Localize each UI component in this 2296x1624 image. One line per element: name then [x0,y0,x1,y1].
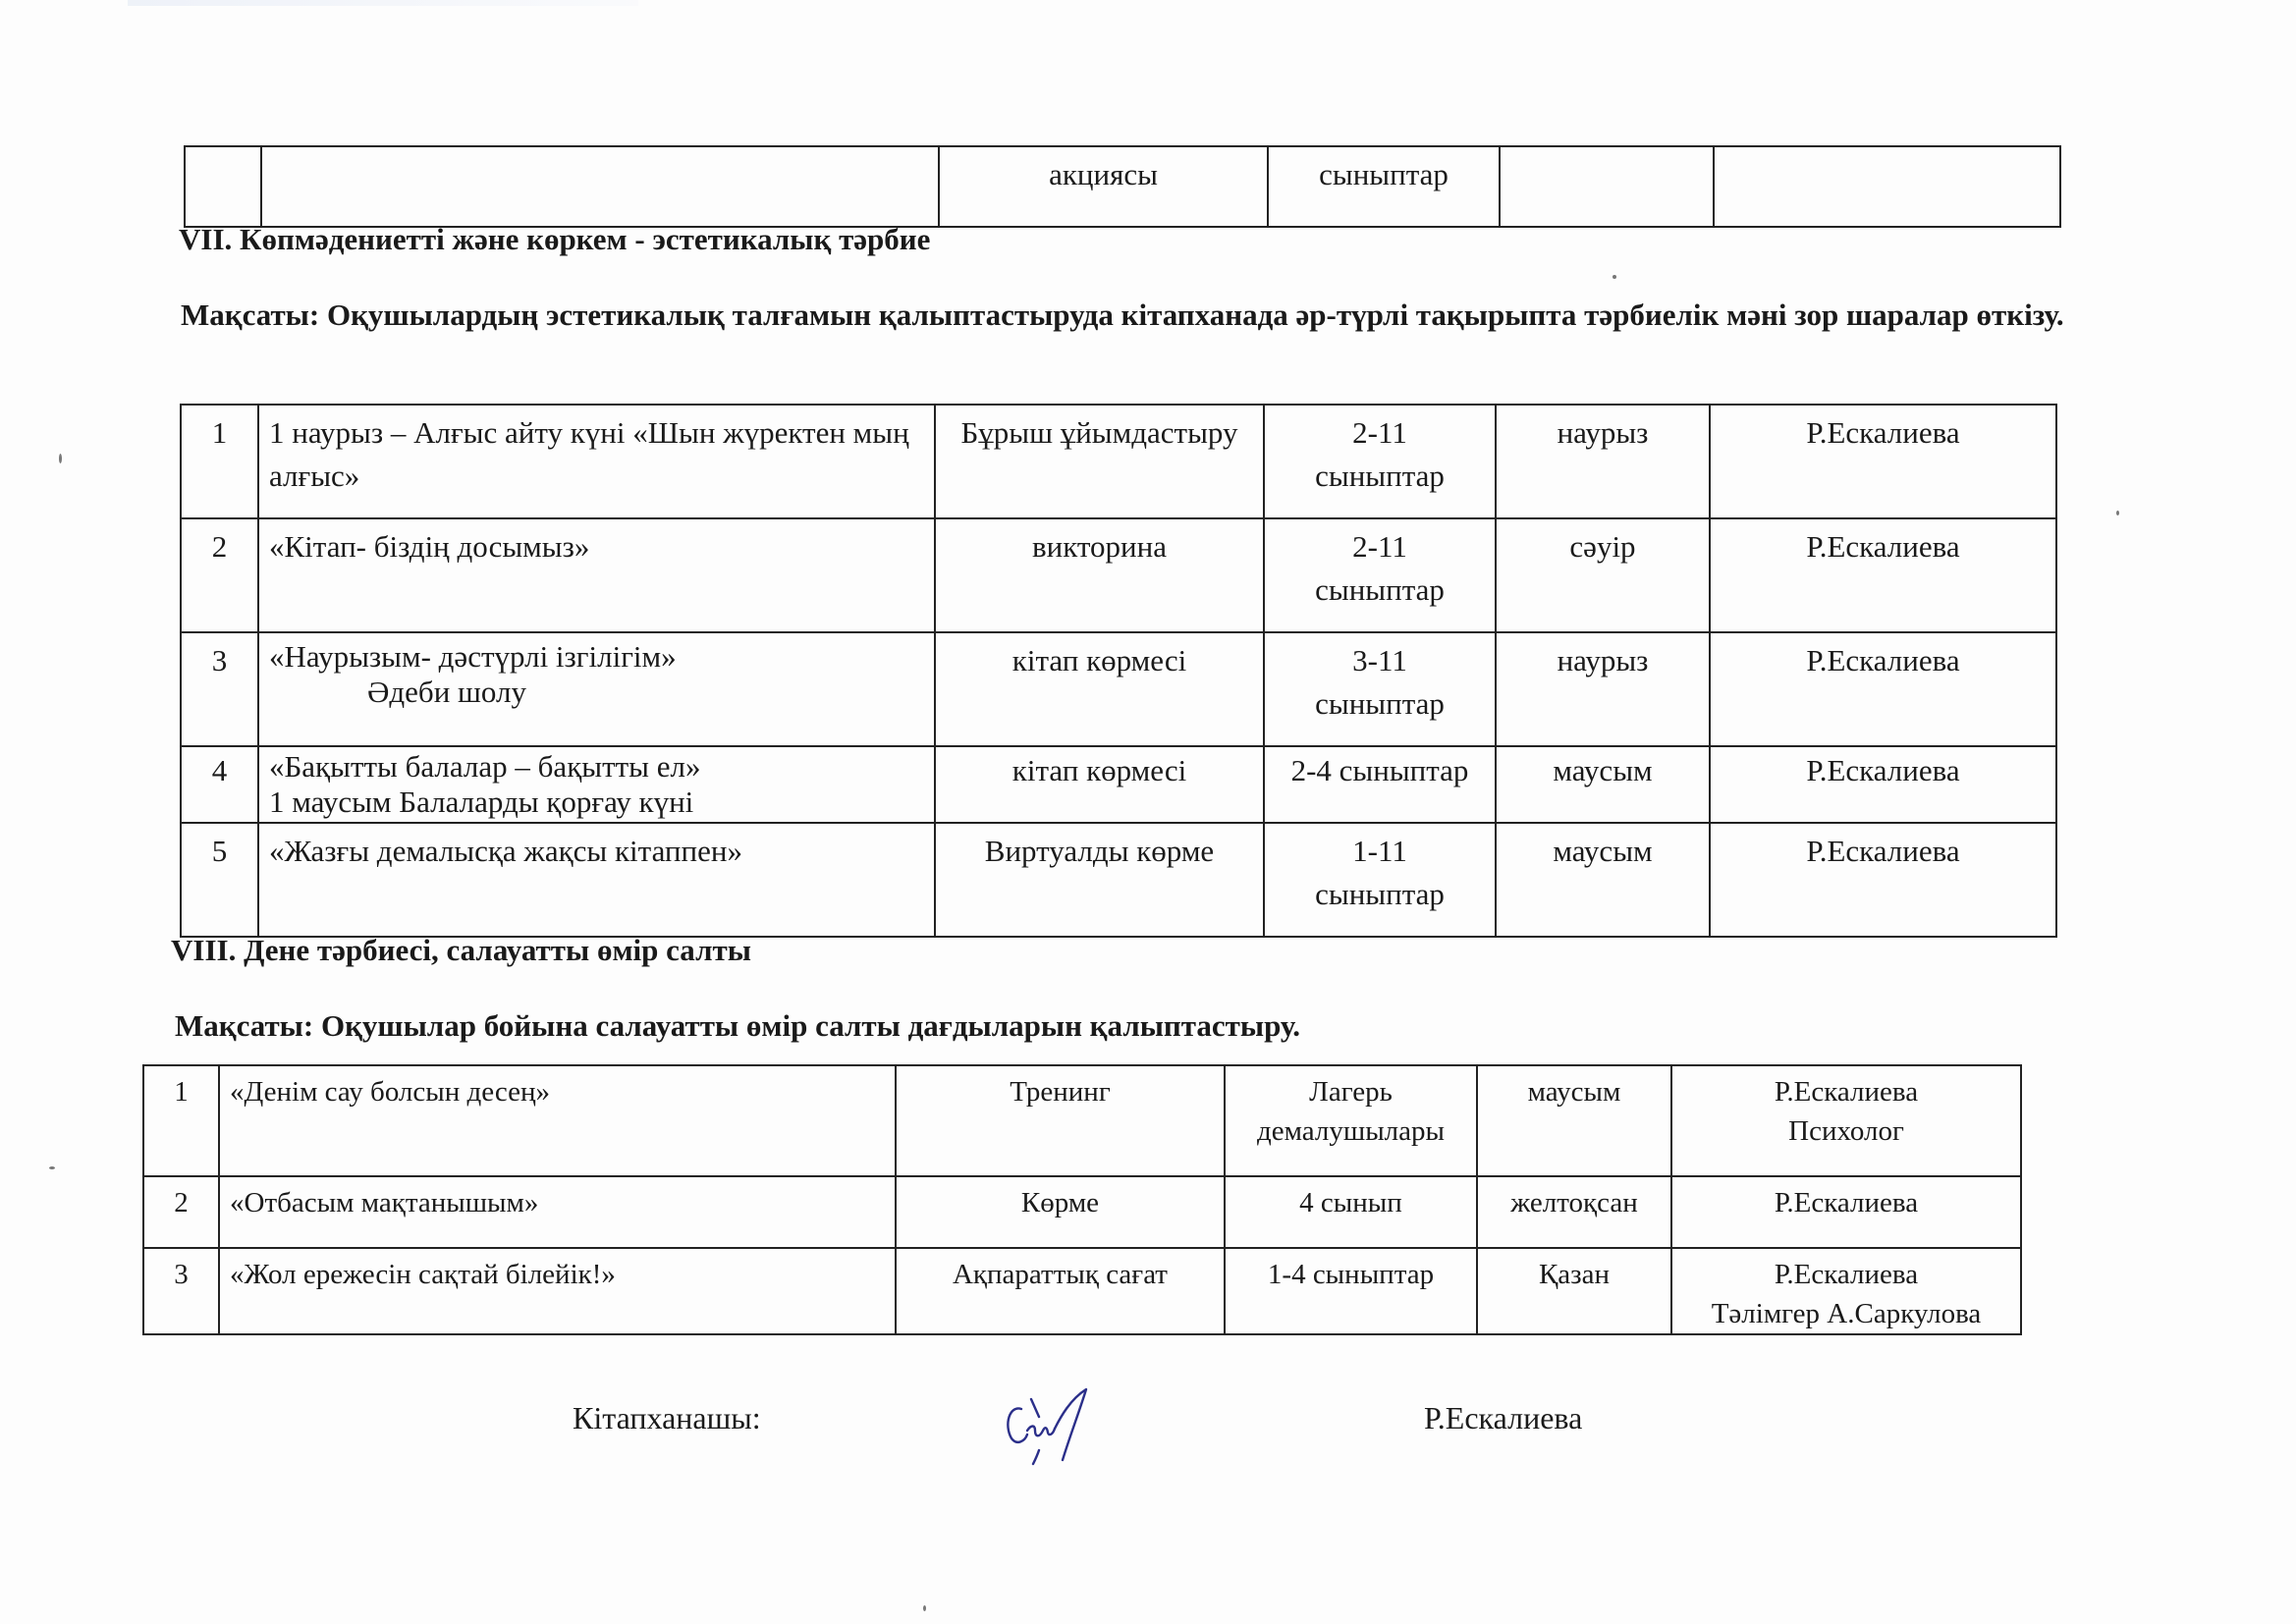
cell-title: «Жазғы демалысқа жақсы кітаппен» [258,823,935,937]
cell-num: 5 [181,823,258,937]
scan-artifact [128,0,638,6]
cell-month: Қазан [1477,1248,1671,1334]
table-row: 5 «Жазғы демалысқа жақсы кітаппен» Вирту… [181,823,2056,937]
cell-month: желтоқсан [1477,1176,1671,1248]
cell-audience: 2-11 сыныптар [1264,518,1496,632]
title-line: «Наурызым- дәстүрлі ізгілігім» [269,639,924,675]
cell-num [185,146,261,227]
cell-title [261,146,939,227]
scan-speck [59,454,62,463]
cell-month: наурыз [1496,632,1710,746]
signer-name: Р.Ескалиева [1424,1400,1582,1436]
cell-month: наурыз [1496,405,1710,518]
cell-audience: сыныптар [1268,146,1500,227]
table-row: акциясы сыныптар [185,146,2060,227]
cell-responsible: Р.Ескалиева [1710,405,2056,518]
cell-audience: 2-11 сыныптар [1264,405,1496,518]
scan-speck [2116,511,2119,515]
table-row: 2 «Кітап- біздің досымыз» викторина 2-11… [181,518,2056,632]
cell-audience: Лагерь демалушылары [1225,1065,1477,1176]
cell-title: «Наурызым- дәстүрлі ізгілігім» Әдеби шол… [258,632,935,746]
section-7-goal-text: Мақсаты: Оқушылардың эстетикалық талғамы… [181,298,2064,332]
scan-speck [923,1605,926,1611]
table-row: 1 «Денім сау болсын десең» Тренинг Лагер… [143,1065,2021,1176]
cell-title: «Кітап- біздің досымыз» [258,518,935,632]
cell-type: викторина [935,518,1264,632]
cell-responsible: Р.Ескалиева Тәлімгер А.Саркулова [1671,1248,2021,1334]
table-row: 3 «Жол ережесін сақтай білейік!» Ақпарат… [143,1248,2021,1334]
scan-speck [49,1166,55,1169]
scan-speck [1613,275,1616,279]
cell-audience: 2-4 сыныптар [1264,746,1496,823]
cell-type: Ақпараттық сағат [896,1248,1225,1334]
responsible-subline: Тәлімгер А.Саркулова [1682,1294,2010,1333]
responsible-line: Р.Ескалиева [1682,1072,2010,1111]
cell-num: 3 [143,1248,219,1334]
cell-responsible: Р.Ескалиева [1710,632,2056,746]
cell-month: маусым [1477,1065,1671,1176]
librarian-label: Кітапханашы: [573,1400,761,1436]
cell-num: 2 [143,1176,219,1248]
cell-title: «Жол ережесін сақтай білейік!» [219,1248,896,1334]
cell-month: маусым [1496,823,1710,937]
cell-type: Бұрыш ұйымдастыру [935,405,1264,518]
cell-title: «Денім сау болсын десең» [219,1065,896,1176]
cell-type: Тренинг [896,1065,1225,1176]
cell-responsible: Р.Ескалиева Психолог [1671,1065,2021,1176]
cell-type: Виртуалды көрме [935,823,1264,937]
cell-audience: 1-4 сыныптар [1225,1248,1477,1334]
cell-month: маусым [1496,746,1710,823]
title-subline: Әдеби шолу [269,675,924,710]
section-8-goal-text: Мақсаты: Оқушылар бойына салауатты өмір … [175,1008,1300,1043]
cell-audience: 1-11 сыныптар [1264,823,1496,937]
cell-num: 3 [181,632,258,746]
section-7-heading: VII. Көпмәдениетті және көркем - эстетик… [179,222,930,257]
table-row: 3 «Наурызым- дәстүрлі ізгілігім» Әдеби ш… [181,632,2056,746]
signature-icon [992,1370,1100,1478]
cell-responsible: Р.Ескалиева [1710,746,2056,823]
cell-type: Көрме [896,1176,1225,1248]
cell-num: 1 [181,405,258,518]
cell-responsible: Р.Ескалиева [1710,518,2056,632]
cell-type: акциясы [939,146,1268,227]
cell-num: 4 [181,746,258,823]
cell-num: 1 [143,1065,219,1176]
cell-audience: 3-11 сыныптар [1264,632,1496,746]
section-7-table: 1 1 наурыз – Алғыс айту күні «Шын жүрект… [180,404,2057,938]
section-8-table: 1 «Денім сау болсын десең» Тренинг Лагер… [142,1064,2022,1335]
cell-responsible: Р.Ескалиева [1710,823,2056,937]
table-row: 1 1 наурыз – Алғыс айту күні «Шын жүрект… [181,405,2056,518]
section-8-heading: VIII. Дене тәрбиесі, салауатты өмір салт… [171,933,751,968]
table-row: 2 «Отбасым мақтанышым» Көрме 4 сынып жел… [143,1176,2021,1248]
cell-num: 2 [181,518,258,632]
cell-responsible: Р.Ескалиева [1671,1176,2021,1248]
cell-title: 1 наурыз – Алғыс айту күні «Шын жүректен… [258,405,935,518]
continuation-table: акциясы сыныптар [184,145,2061,228]
title-line: «Бақытты балалар – бақытты ел» [269,749,924,785]
cell-title: «Бақытты балалар – бақытты ел» 1 маусым … [258,746,935,823]
responsible-subline: Психолог [1682,1111,2010,1151]
responsible-line: Р.Ескалиева [1682,1255,2010,1294]
cell-responsible [1714,146,2060,227]
cell-month [1500,146,1714,227]
cell-type: кітап көрмесі [935,746,1264,823]
cell-type: кітап көрмесі [935,632,1264,746]
section-8-goal: Мақсаты: Оқушылар бойына салауатты өмір … [175,1001,2041,1051]
cell-audience: 4 сынып [1225,1176,1477,1248]
title-line: 1 наурыз – Алғыс айту күні «Шын жүректен… [269,415,909,493]
section-7-goal: Мақсаты: Оқушылардың эстетикалық талғамы… [165,291,2129,340]
title-subline: 1 маусым Балаларды қорғау күні [269,785,924,820]
table-row: 4 «Бақытты балалар – бақытты ел» 1 маусы… [181,746,2056,823]
cell-title: «Отбасым мақтанышым» [219,1176,896,1248]
cell-month: сәуір [1496,518,1710,632]
